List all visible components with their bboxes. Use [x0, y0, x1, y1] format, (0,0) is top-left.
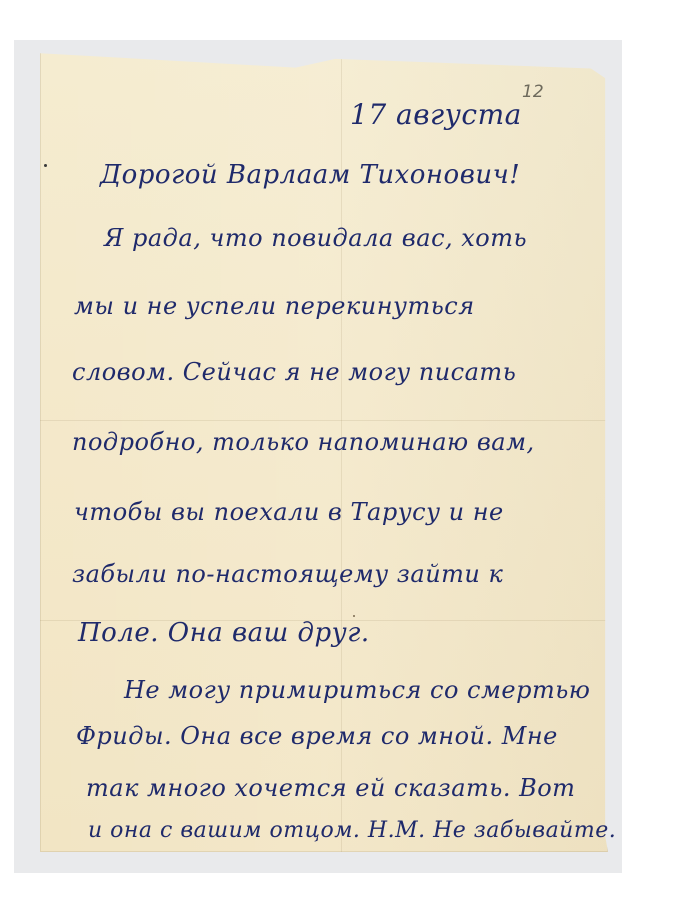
letter-salutation: Дорогой Варлаам Тихонович! [100, 160, 520, 190]
letter-line: чтобы вы поехали в Тарусу и не [74, 498, 504, 526]
letter-date: 17 августа [350, 98, 522, 131]
ink-speck [44, 164, 47, 167]
letter-line: Я рада, что повидала вас, хоть [104, 224, 527, 252]
letter-line: забыли по-настоящему зайти к [72, 560, 503, 588]
letter-line: подробно, только напоминаю вам, [72, 428, 535, 456]
letter-line: Поле. Она ваш друг. [78, 618, 370, 648]
letter-line: мы и не успели перекинуться [74, 292, 475, 320]
letter-line: и она с вашим отцом. Н.М. Не забывайте. [88, 818, 616, 843]
ink-speck [353, 615, 355, 617]
letter-line: Фриды. Она все время со мной. Мне [76, 722, 558, 750]
letter-line: словом. Сейчас я не могу писать [72, 358, 516, 386]
letter-line: Не могу примириться со смертью [124, 676, 590, 704]
paper-fold-line [40, 420, 608, 421]
page-number: 12 [522, 82, 544, 102]
letter-line: так много хочется ей сказать. Вот [86, 774, 575, 802]
